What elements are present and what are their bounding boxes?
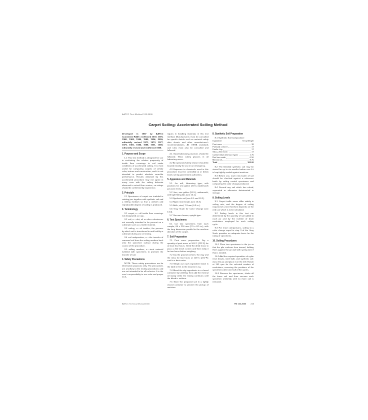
safety-note-continued: niques in handling materials in this tes… <box>167 133 208 152</box>
footer-page-number: 213 <box>251 303 254 305</box>
paragraph-9-1: 9.1 Carpet traffic areas differ widely i… <box>213 200 254 211</box>
footer-manual-title: AATCC Technical Manual/2000 <box>122 303 150 305</box>
paragraph-9-3: 9.3 For most comparisons, soiling to a c… <box>213 226 254 237</box>
column-left: Developed in 1967 by AATCC Committee RA5… <box>122 133 163 290</box>
paragraph-8-2: 8.2 The blended synthetic soil may be st… <box>213 165 254 173</box>
paragraph-9-2: 9.2 Soiling levels in this test are dete… <box>213 212 254 226</box>
section-heading-safety-precautions: 4. Safety Precautions <box>122 258 163 261</box>
paragraph-3-2: 3.2 soil, n.—dirt, oil or other substanc… <box>122 218 163 226</box>
table-total-row: Total 100.00 <box>213 161 254 164</box>
paragraph-3-1: 3.1 carpet, n.—all textile floor coverin… <box>122 212 163 218</box>
ingredient-name: Total <box>213 161 218 164</box>
soil-composition-table: Ingredient % by Weight Peat moss 38 Port… <box>213 140 254 164</box>
section-heading-soil-preparation: 7. Soil Preparation <box>167 235 208 238</box>
paragraph-7-2: 7.2 Dry the ground cement, the clay and … <box>167 254 208 262</box>
section-heading-soiling-procedures: 10. Soiling Procedures <box>213 239 254 242</box>
paragraph-8-4: 8.4 Discard any soil which has caked, se… <box>213 186 254 194</box>
paragraph-10-2: 10.2 Add the required quantities of nylo… <box>213 255 254 272</box>
paragraph-5-1: 5.1 Jar mill, laboratory type, with posi… <box>167 182 208 190</box>
section-heading-apparatus-materials: 5. Apparatus and Materials <box>167 178 208 181</box>
section-heading-terminology: 3. Terminology <box>122 208 163 211</box>
paragraph-6-1: 6.1 Cut two specimens from each sample, … <box>167 222 208 233</box>
page-footer: AATCC Technical Manual/2000 TM 123-2000 … <box>122 303 254 305</box>
column-middle: niques in handling materials in this tes… <box>167 133 208 290</box>
paragraph-10-1: 10.1 Place two specimens in the jar so t… <box>213 243 254 254</box>
paragraph-8-1: 8.1 Synthetic Soil Composition: <box>213 136 254 139</box>
paragraph-7-3: 7.3 Weigh out each ingredient listed in … <box>167 263 208 269</box>
footer-method-number: TM 123-2000 <box>234 303 246 305</box>
three-column-body: Developed in 1967 by AATCC Committee RA5… <box>122 133 254 290</box>
doc-title: Carpet Soiling: Accelerated Soiling Meth… <box>122 123 254 127</box>
paragraph-8-3: 8.3 Before use, each new batch of soil s… <box>213 174 254 185</box>
paragraph-4-2: 4.2 An eyewash/safety shower should be l… <box>167 162 208 168</box>
paragraph-10-3: 10.3 Remove the specimens, shake off the… <box>213 272 254 283</box>
paragraph-7-1: 7.1 Peat moss preparation. Dry a quantit… <box>167 239 208 253</box>
section-heading-test-specimens: 6. Test Specimens <box>167 219 208 222</box>
doc-header-method-number: AATCC Test Method 123-2000 <box>122 113 254 115</box>
paragraph-5-6: 5.6 Gray Scale for Color Change (see 13.… <box>167 208 208 214</box>
safety-note: NOTE: These safety precautions are for i… <box>122 262 163 279</box>
paragraph-1-1: 1.1 This test method is designed for use… <box>122 156 163 189</box>
document-page: AATCC Test Method 123-2000 Carpet Soilin… <box>122 113 254 305</box>
section-heading-principle: 2. Principle <box>122 191 163 194</box>
paragraph-4-3: 4.3 Exposure to chemicals used in this p… <box>167 168 208 176</box>
paragraph-5-4: 5.4 Nylon resin beads (see 13.3). <box>167 201 208 204</box>
paragraph-5-2: 5.2 Jars, one gallon (3.8 L), widemouth,… <box>167 191 208 197</box>
paragraph-7-4: 7.4 Blend the dry ingredients in a close… <box>167 269 208 280</box>
column-right: 8. Synthetic Soil Preparation 8.1 Synthe… <box>213 133 254 290</box>
page-content: AATCC Test Method 123-2000 Carpet Soilin… <box>122 113 254 305</box>
paragraph-5-5: 5.5 Balls, steel, 7.9 mm (0.3 in.). <box>167 204 208 207</box>
paragraph-2-1: 2.1 Specimens of carpet are tumbled in r… <box>122 195 163 206</box>
section-heading-synthetic-soil-preparation: 8. Synthetic Soil Preparation <box>213 133 254 136</box>
paragraph-3-3: 3.3 soiling, n.—of textiles, the process… <box>122 227 163 235</box>
section-heading-purpose-scope: 1. Purpose and Scope <box>122 153 163 156</box>
paragraph-4-1: 4.1 Good laboratory practices should be … <box>167 153 208 161</box>
paragraph-3-5: 3.5 milling medium, n.—inert material tu… <box>122 248 163 256</box>
ingredient-value: 100.00 <box>247 161 253 164</box>
paragraph-3-4: 3.4 soil redeposition, n.—the transfer o… <box>122 236 163 247</box>
footer-method-and-page: TM 123-2000 213 <box>234 303 254 305</box>
section-heading-soiling-levels: 9. Soiling Levels <box>213 196 254 199</box>
document-preview: AATCC Test Method 123-2000 Carpet Soilin… <box>0 0 368 420</box>
paragraph-5-3: 5.3 Synthetic soil (see 8.1 and 13.2). <box>167 197 208 200</box>
paragraph-7-5: 7.5 Store the prepared soil in a tightly… <box>167 281 208 289</box>
paragraph-5-7: 5.7 Vacuum cleaner, upright type. <box>167 214 208 217</box>
development-history: Developed in 1967 by AATCC Committee RA5… <box>122 133 163 150</box>
